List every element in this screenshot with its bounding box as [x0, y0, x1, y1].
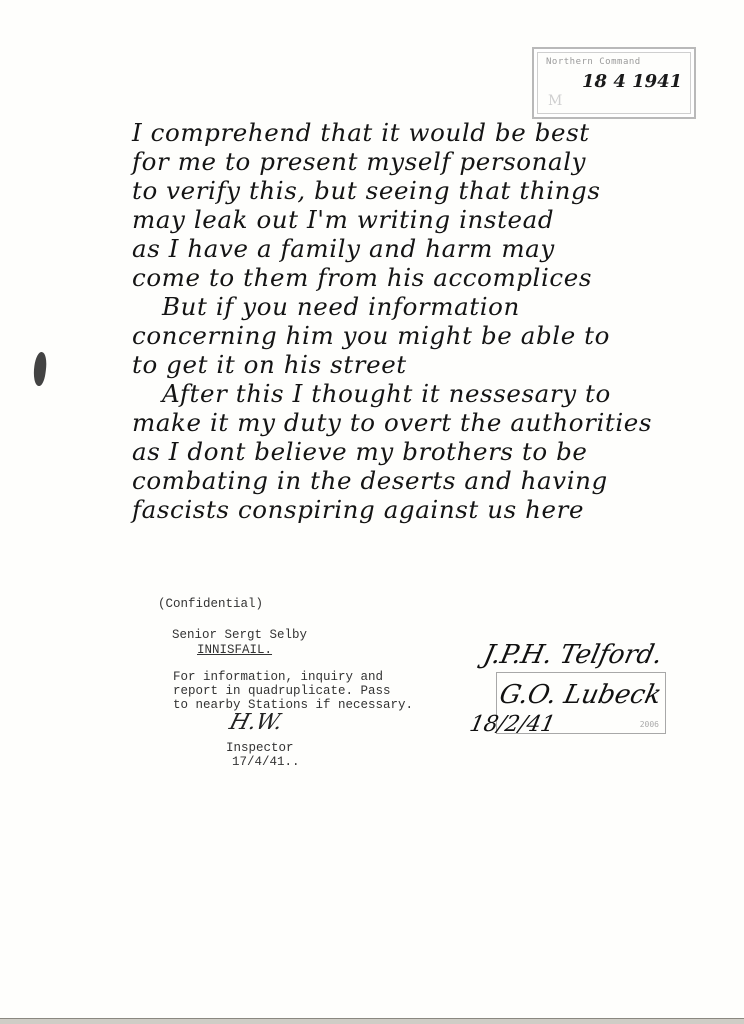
endorsement-signature-2: G.O. Lubeck: [497, 680, 664, 710]
letter-line: I comprehend that it would be best: [132, 118, 722, 147]
endorsement-date: 18/2/41: [467, 712, 557, 737]
letter-line: for me to present myself personaly: [132, 147, 722, 176]
endorsement-stamp-date: 2006: [640, 720, 659, 729]
instruction-line-2: report in quadruplicate. Pass: [173, 684, 391, 698]
ink-blot: [32, 351, 49, 386]
letter-line: After this I thought it nessesary to: [132, 379, 722, 408]
letter-line: combating in the deserts and having: [132, 466, 722, 495]
letter-line: make it my duty to overt the authorities: [132, 408, 722, 437]
endorsement-signature-1: J.P.H. Telford.: [481, 640, 665, 670]
letter-line: fascists conspiring against us here: [132, 495, 722, 524]
instruction-line-1: For information, inquiry and: [173, 670, 383, 684]
document-page: Northern Command 18 4 1941 M I comprehen…: [0, 0, 744, 1018]
minute-date: 17/4/41..: [232, 755, 300, 769]
letter-line: to get it on his street: [132, 350, 722, 379]
stamp-mark: M: [548, 93, 562, 109]
letter-line: But if you need information: [132, 292, 722, 321]
received-stamp: Northern Command 18 4 1941 M: [532, 47, 696, 119]
letter-line: come to them from his accomplices: [132, 263, 722, 292]
classification-label: (Confidential): [158, 597, 263, 611]
inspector-signature: H.W.: [227, 710, 286, 735]
inspector-title: Inspector: [226, 741, 294, 755]
letter-line: concerning him you might be able to: [132, 321, 722, 350]
addressee: Senior Sergt Selby: [172, 628, 307, 642]
letter-line: as I dont believe my brothers to be: [132, 437, 722, 466]
instruction-line-3: to nearby Stations if necessary.: [173, 698, 413, 712]
stamp-date: 18 4 1941: [582, 71, 682, 92]
page-edge: [0, 1018, 744, 1024]
letter-line: may leak out I'm writing instead: [132, 205, 722, 234]
handwritten-letter: I comprehend that it would be bestfor me…: [132, 118, 722, 524]
letter-line: as I have a family and harm may: [132, 234, 722, 263]
station-name: INNISFAIL.: [197, 643, 272, 657]
letter-line: to verify this, but seeing that things: [132, 176, 722, 205]
stamp-label: Northern Command: [546, 57, 641, 67]
